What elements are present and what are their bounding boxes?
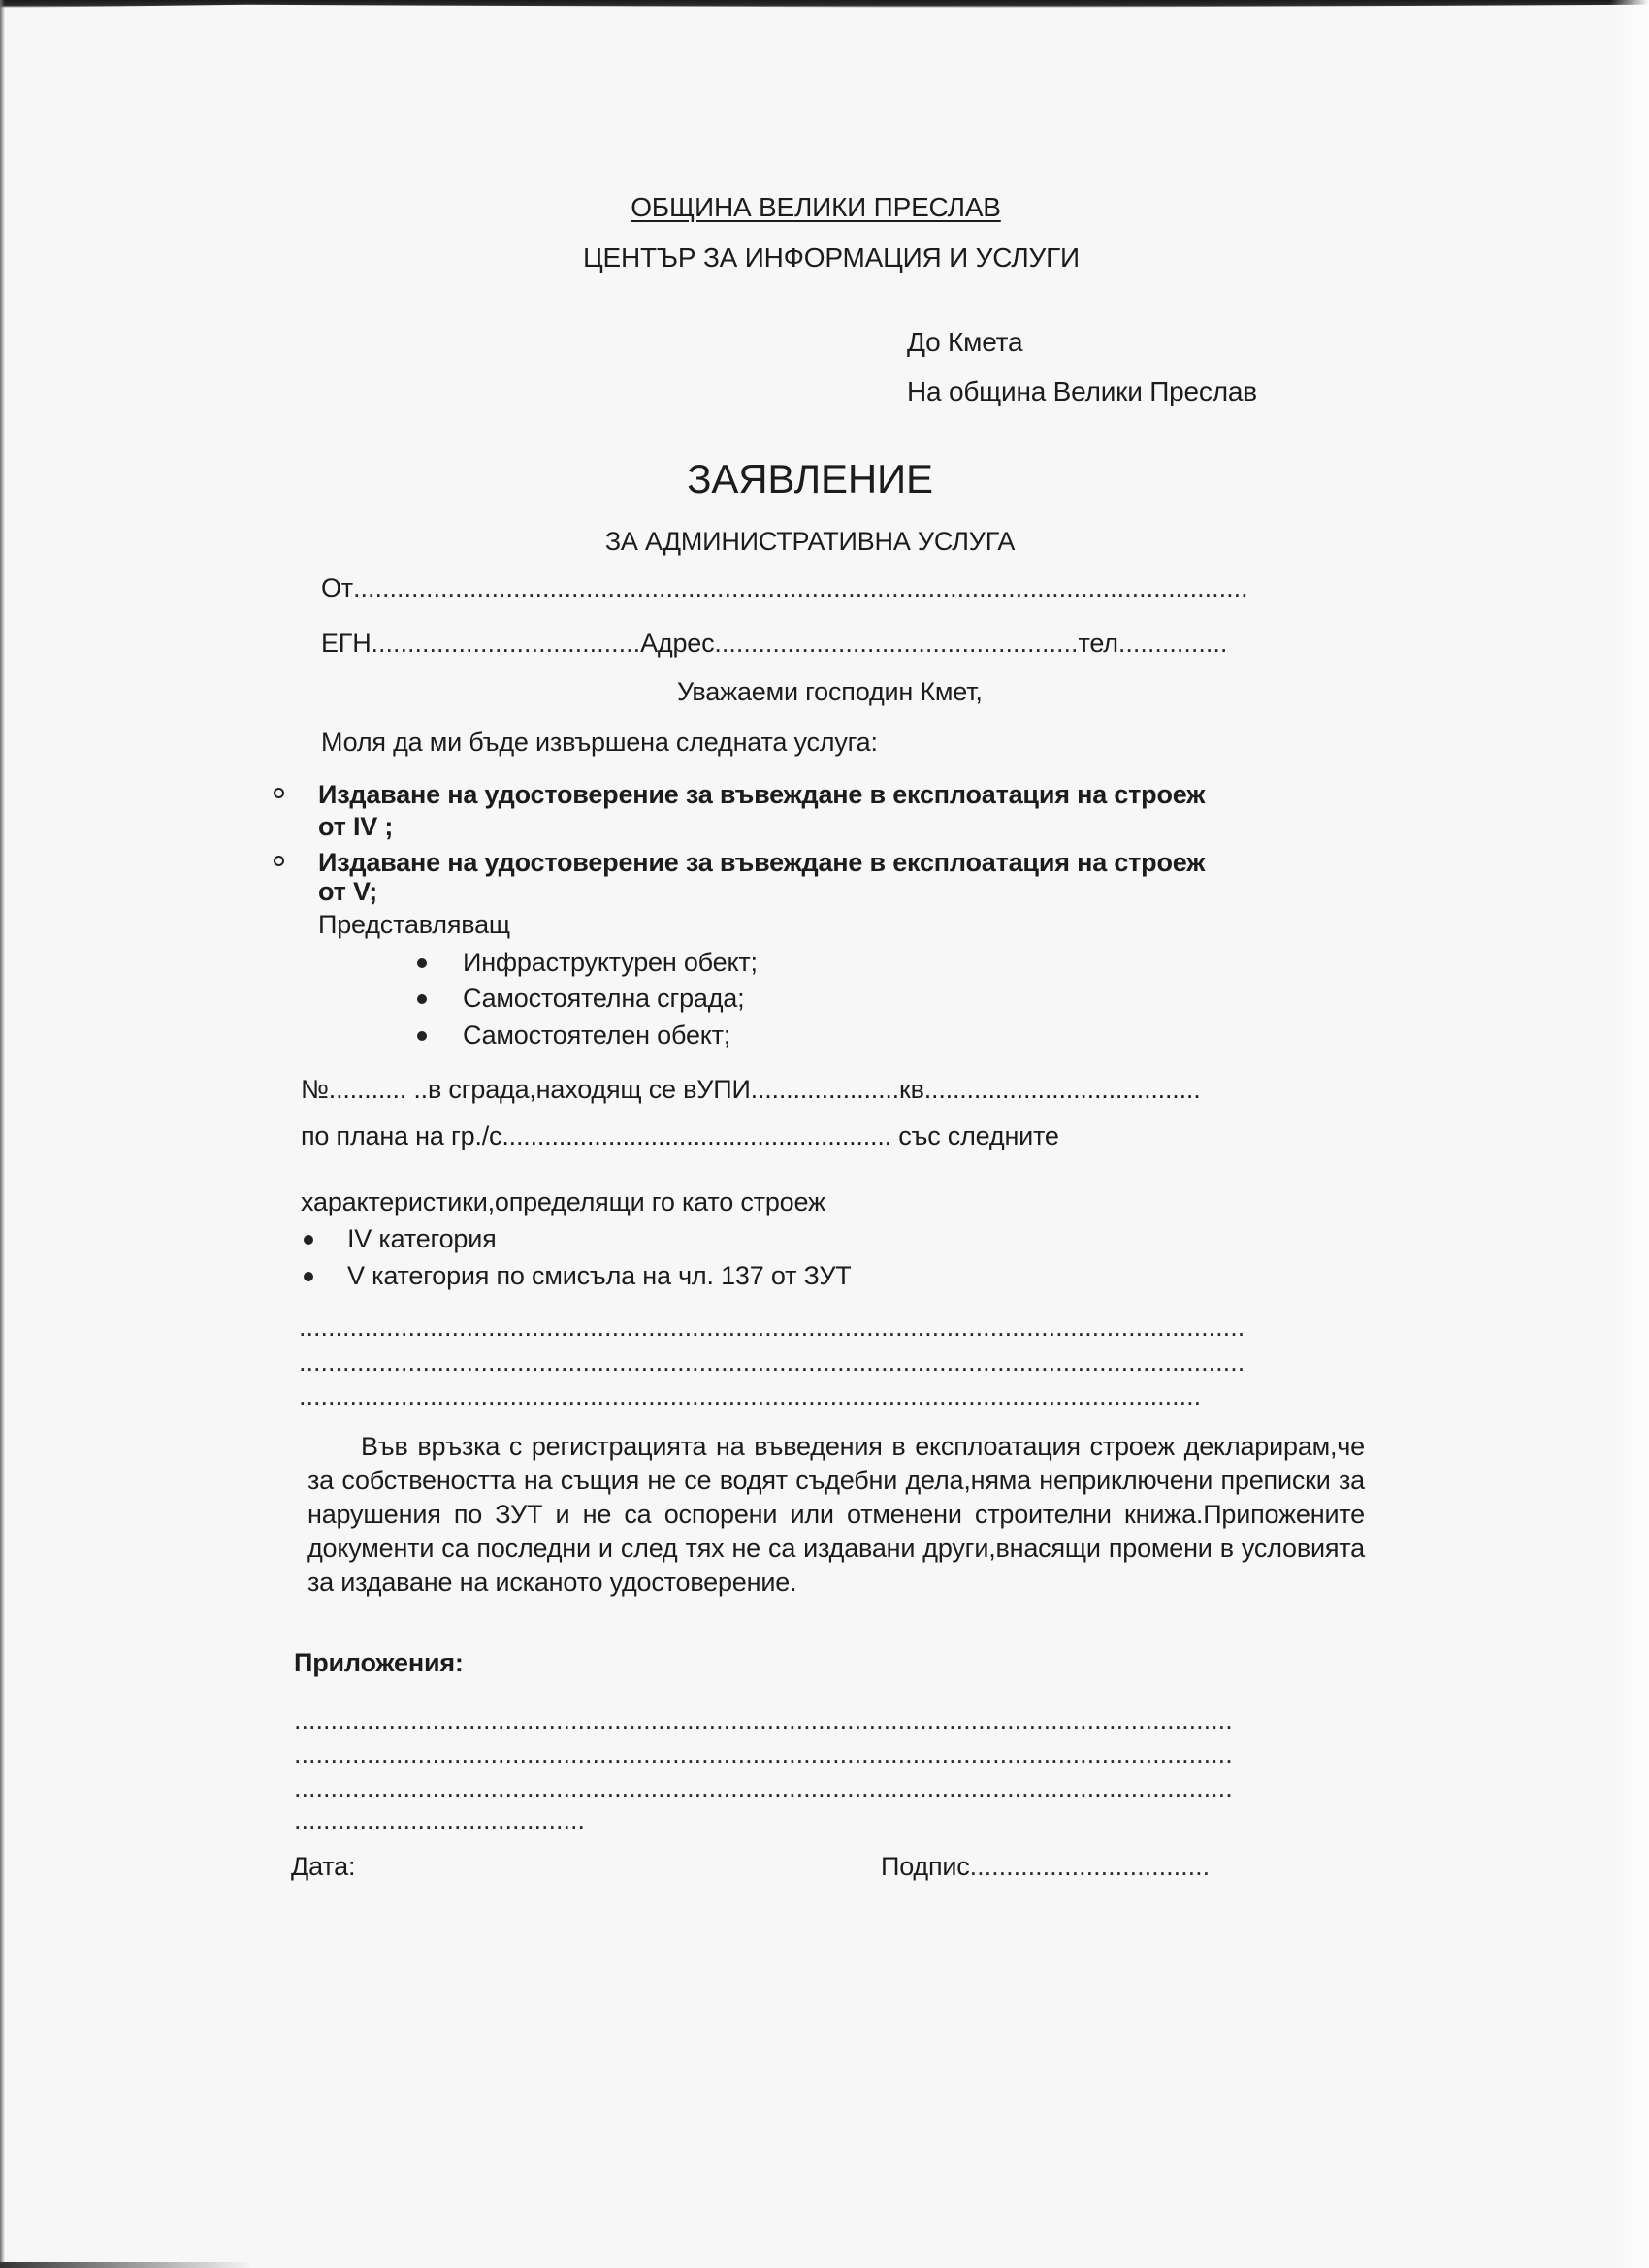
from-field[interactable]: От......................................… [321,572,1248,603]
attachment-line-3[interactable]: ........................................… [294,1772,1233,1803]
bullet-icon [304,1235,313,1245]
attachment-line-1[interactable]: ........................................… [294,1704,1233,1735]
location-line2[interactable]: по плана на гр./с.......................… [301,1120,1059,1151]
service-option-iv-line2: от IV ; [318,811,393,842]
attachment-line-2[interactable]: ........................................… [294,1738,1233,1769]
scan-edge-right [1610,0,1649,2268]
attachments-label: Приложения: [294,1647,464,1678]
document-title: ЗАЯВЛЕНИЕ [687,456,933,502]
declaration-paragraph: Във връзка с регистрацията на въведения … [307,1430,1365,1600]
free-text-line-1[interactable]: ........................................… [299,1312,1245,1343]
object-type-infrastructure[interactable]: Инфраструктурен обект; [463,947,758,978]
center-heading: ЦЕНТЪР ЗА ИНФОРМАЦИЯ И УСЛУГИ [583,243,1080,274]
free-text-line-2[interactable]: ........................................… [299,1346,1245,1377]
contact-row: ЕГН.....................................… [321,628,1227,659]
attachment-line-4[interactable]: ........................................ [294,1804,585,1835]
phone-label: тел [1078,629,1117,658]
signature-blank[interactable]: ................................. [970,1852,1211,1881]
bullet-icon [417,1031,427,1041]
object-type-building[interactable]: Самостоятелна сграда; [463,983,744,1014]
bullet-icon [417,958,427,968]
declaration-text: Във връзка с регистрацията на въведения … [307,1430,1365,1600]
category-iv[interactable]: IV категория [347,1223,497,1254]
object-type-standalone[interactable]: Самостоятелен обект; [463,1020,730,1051]
municipality-heading: ОБЩИНА ВЕЛИКИ ПРЕСЛАВ [630,192,1001,223]
egn-blank[interactable]: ..................................... [372,629,641,658]
signature-label: Подпис [881,1852,970,1881]
scan-edge-bottom [0,2262,252,2268]
phone-blank[interactable]: ............... [1118,629,1228,658]
addressee-line2: На община Велики Преслав [907,376,1257,407]
signature-field[interactable]: Подпис................................. [881,1851,1210,1882]
category-v[interactable]: V категория по смисъла на чл. 137 от ЗУТ [347,1260,852,1291]
scan-edge-top [0,0,1649,8]
egn-label: ЕГН [321,629,372,658]
service-option-v-line2: от V; [318,876,377,907]
free-text-line-3[interactable]: ........................................… [299,1380,1201,1411]
from-blank[interactable]: ........................................… [353,573,1248,602]
service-option-v-radio[interactable] [274,856,284,866]
addressee-line1: До Кмета [907,327,1022,358]
scan-edge-left [0,0,5,2268]
document-subtitle: ЗА АДМИНИСТРАТИВНА УСЛУГА [605,526,1015,557]
address-blank[interactable]: ........................................… [714,629,1078,658]
request-intro: Моля да ми бъде извършена следната услуг… [321,727,878,758]
service-option-v-line1: Издаване на удостоверение за въвеждане в… [318,847,1205,878]
characteristics-label: характеристики,определящи го като строеж [301,1186,825,1217]
date-label: Дата: [291,1851,355,1882]
address-label: Адрес [640,629,714,658]
from-label: От [321,573,353,602]
salutation: Уважаеми господин Кмет, [677,676,983,707]
location-line1[interactable]: №........... ..в сграда,находящ се вУПИ.… [301,1074,1201,1105]
service-option-iv-line1: Издаване на удостоверение за въвеждане в… [318,779,1205,810]
service-option-iv-radio[interactable] [274,788,284,798]
bullet-icon [304,1272,313,1281]
representing-label: Представляващ [318,909,510,940]
bullet-icon [417,994,427,1004]
